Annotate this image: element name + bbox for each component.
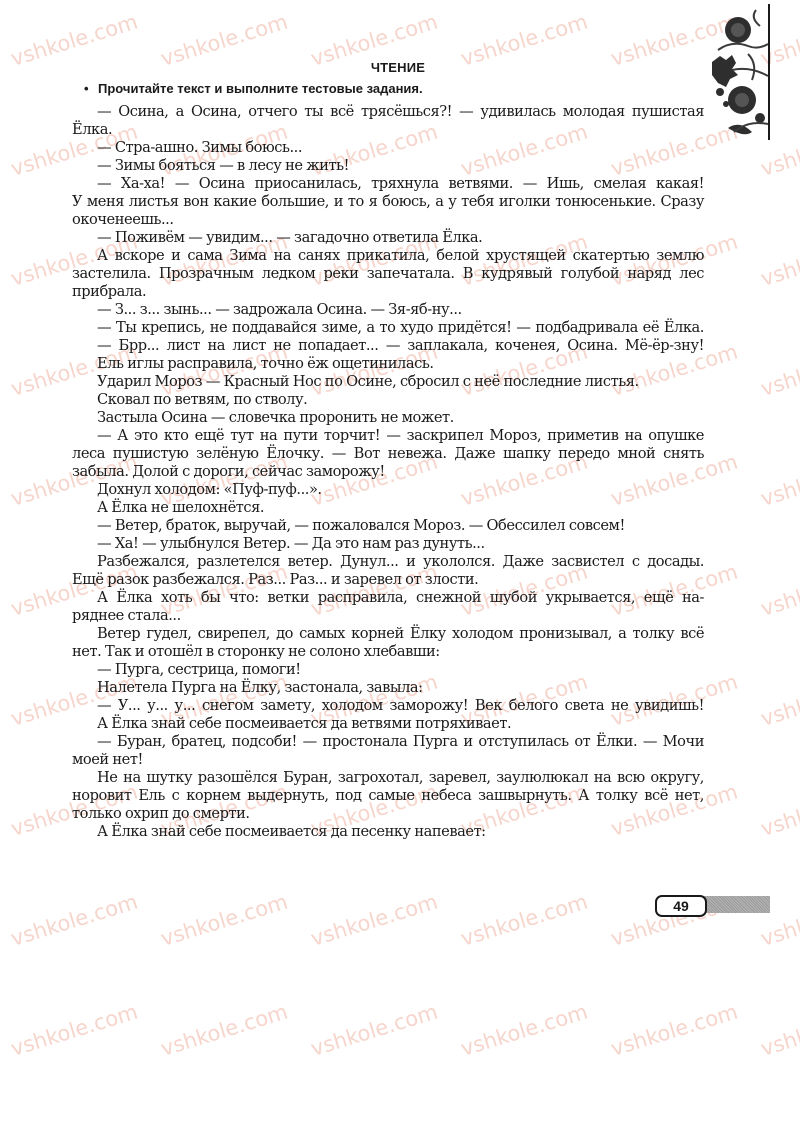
text-line: Ель иглы расправила, точно ёж ощетинилас…	[72, 355, 704, 373]
section-title: ЧТЕНИЕ	[72, 58, 704, 78]
bullet-icon: •	[84, 78, 98, 100]
text-line: нет. Так и отошёл в сторонку не солоно х…	[72, 643, 704, 661]
watermark: vshkole.com	[758, 670, 800, 731]
watermark: vshkole.com	[158, 890, 291, 951]
text-line: — Стра-ашно. Зимы боюсь...	[72, 139, 704, 157]
text-line: моей нет!	[72, 751, 704, 769]
text-line: А Ёлка знай себе посмеивается да песенку…	[72, 823, 704, 841]
text-line: Ударил Мороз — Красный Нос по Осине, сбр…	[72, 373, 704, 391]
watermark: vshkole.com	[8, 1000, 141, 1061]
watermark: vshkole.com	[758, 1000, 800, 1061]
textbook-page: ЧТЕНИЕ •Прочитайте текст и выполните тес…	[72, 58, 704, 841]
text-line: Застыла Осина — словечка проронить не мо…	[72, 409, 704, 427]
text-line: застелила. Прозрачным ледком реки запеча…	[72, 265, 704, 283]
text-line: У меня листья вон какие большие, и то я …	[72, 193, 704, 211]
text-line: — Ты крепись, не поддавайся зиме, а то х…	[72, 319, 704, 337]
watermark: vshkole.com	[758, 340, 800, 401]
watermark: vshkole.com	[758, 230, 800, 291]
text-line: — У... у... у... снегом замету, холодом …	[72, 697, 704, 715]
text-line: — Брр... лист на лист не попадает... — з…	[72, 337, 704, 355]
watermark: vshkole.com	[308, 890, 441, 951]
text-line: Не на шутку разошёлся Буран, загрохотал,…	[72, 769, 704, 787]
watermark: vshkole.com	[758, 780, 800, 841]
text-line: А Ёлка знай себе посмеивается да ветвями…	[72, 715, 704, 733]
text-line: — Поживём — увидим... — загадочно ответи…	[72, 229, 704, 247]
text-line: леса пушистую зелёную Ёлочку. — Вот неве…	[72, 445, 704, 463]
watermark: vshkole.com	[8, 890, 141, 951]
text-line: — А это кто ещё тут на пути торчит! — за…	[72, 427, 704, 445]
story-text: — Осина, а Осина, отчего ты всё трясёшьс…	[72, 103, 704, 841]
text-line: Дохнул холодом: «Пуф-пуф...».	[72, 481, 704, 499]
text-line: — З... з... зынь... — задрожала Осина. —…	[72, 301, 704, 319]
instruction: •Прочитайте текст и выполните тестовые з…	[84, 78, 704, 100]
page-number: 49	[655, 895, 707, 917]
text-line: — Зимы бояться — в лесу не жить!	[72, 157, 704, 175]
text-line: только охрип до смерти.	[72, 805, 704, 823]
text-line: — Буран, братец, подсоби! — простонала П…	[72, 733, 704, 751]
text-line: Ещё разок разбежался. Раз... Раз... и за…	[72, 571, 704, 589]
text-line: — Ха! — улыбнулся Ветер. — Да это нам ра…	[72, 535, 704, 553]
text-line: прибрала.	[72, 283, 704, 301]
watermark: vshkole.com	[458, 1000, 591, 1061]
watermark: vshkole.com	[608, 1000, 741, 1061]
text-line: ряднее стала...	[72, 607, 704, 625]
text-line: — Осина, а Осина, отчего ты всё трясёшьс…	[72, 103, 704, 121]
text-line: Налетела Пурга на Ёлку, застонала, завыл…	[72, 679, 704, 697]
text-line: Разбежался, разлетелся ветер. Дунул... и…	[72, 553, 704, 571]
text-line: Ёлка.	[72, 121, 704, 139]
text-line: А Ёлка хоть бы что: ветки расправила, сн…	[72, 589, 704, 607]
text-line: — Пурга, сестрица, помоги!	[72, 661, 704, 679]
floral-ornament-icon	[708, 0, 770, 150]
text-line: — Ха-ха! — Осина приосанилась, тряхнула …	[72, 175, 704, 193]
instruction-text: Прочитайте текст и выполните тестовые за…	[98, 81, 423, 96]
text-line: Ветер гудел, свирепел, до самых корней Ё…	[72, 625, 704, 643]
text-line: А вскоре и сама Зима на санях прикатила,…	[72, 247, 704, 265]
watermark: vshkole.com	[458, 890, 591, 951]
text-line: А Ёлка не шелохнётся.	[72, 499, 704, 517]
text-line: забыла. Долой с дороги, сейчас заморожу!	[72, 463, 704, 481]
text-line: — Ветер, браток, выручай, — пожаловался …	[72, 517, 704, 535]
watermark: vshkole.com	[308, 1000, 441, 1061]
text-line: окоченеешь...	[72, 211, 704, 229]
watermark: vshkole.com	[758, 450, 800, 511]
page-number-block: 49	[655, 895, 770, 917]
text-line: Сковал по ветвям, по стволу.	[72, 391, 704, 409]
text-line: норовит Ель с корнем выдернуть, под самы…	[72, 787, 704, 805]
watermark: vshkole.com	[758, 560, 800, 621]
watermark: vshkole.com	[158, 1000, 291, 1061]
